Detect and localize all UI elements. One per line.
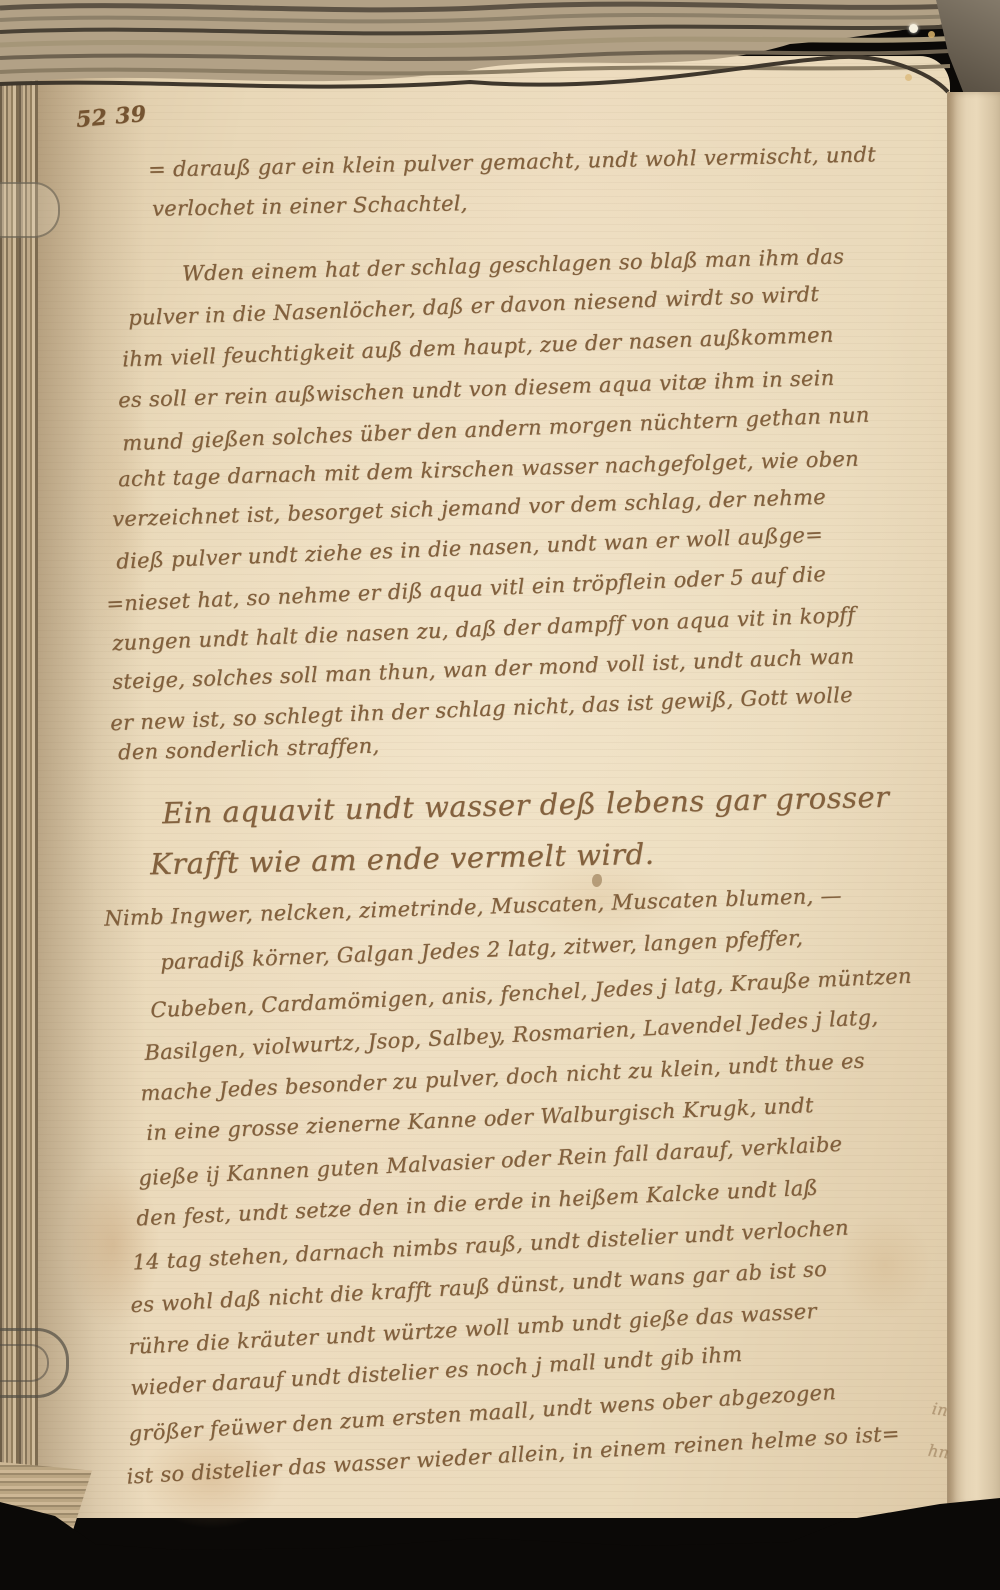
white-speck	[909, 24, 918, 33]
left-gutter-pages	[0, 50, 38, 1530]
fore-edge-fragment: hn	[927, 1441, 951, 1463]
fore-edge-fragment: in	[931, 1399, 950, 1420]
page-tab-clip	[0, 182, 60, 238]
yellow-speck	[905, 74, 912, 81]
bottom-backdrop	[0, 1488, 1000, 1590]
fore-edge	[947, 92, 1000, 1506]
book-photo-stage: 52 39 = darauß gar ein klein pulver gema…	[0, 0, 1000, 1590]
paper-clip-inner-loop	[0, 1344, 49, 1382]
top-page-edges	[0, 0, 1000, 130]
yellow-speck	[928, 31, 935, 38]
